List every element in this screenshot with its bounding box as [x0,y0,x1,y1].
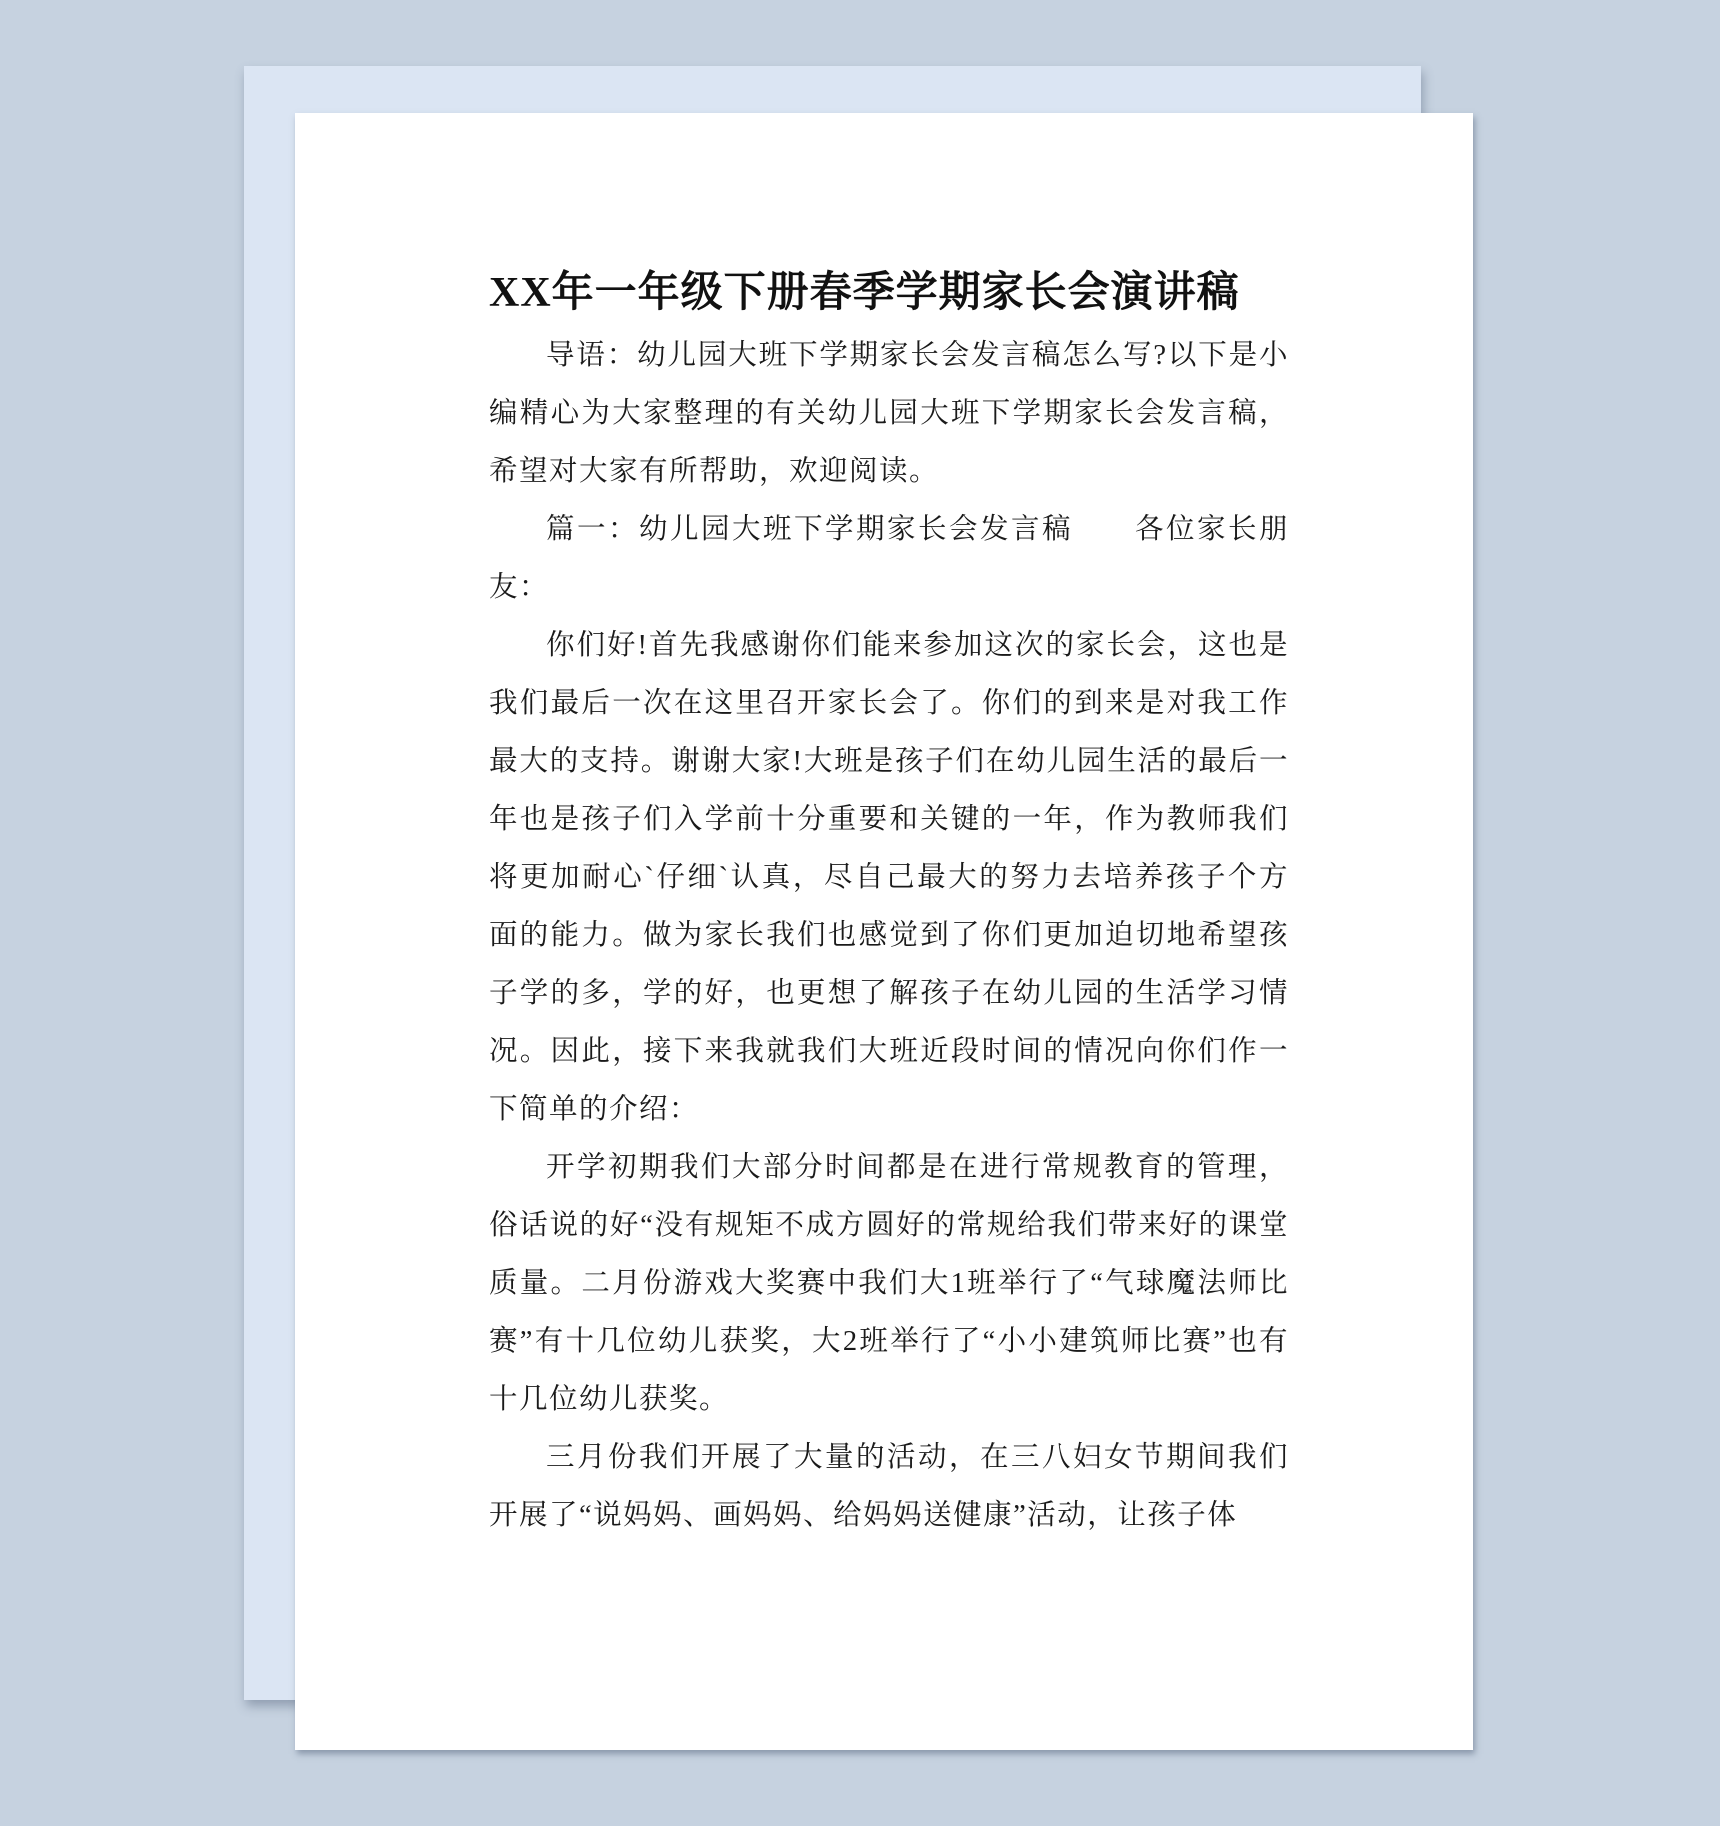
paragraph-intro: 导语：幼儿园大班下学期家长会发言稿怎么写?以下是小编精心为大家整理的有关幼儿园大… [489,327,1289,501]
paragraph-march-activities: 三月份我们开展了大量的活动，在三八妇女节期间我们开展了“说妈妈、画妈妈、给妈妈送… [489,1429,1289,1545]
paragraph-semester-start: 开学初期我们大部分时间都是在进行常规教育的管理，俗话说的好“没有规矩不成方圆好的… [489,1139,1289,1429]
document-title: XX年一年级下册春季学期家长会演讲稿 [489,265,1289,321]
paragraph-section-heading: 篇一：幼儿园大班下学期家长会发言稿 各位家长朋友： [489,501,1289,617]
paragraph-greeting: 你们好!首先我感谢你们能来参加这次的家长会，这也是我们最后一次在这里召开家长会了… [489,617,1289,1139]
front-page-sheet: XX年一年级下册春季学期家长会演讲稿 导语：幼儿园大班下学期家长会发言稿怎么写?… [295,113,1473,1750]
document-content: XX年一年级下册春季学期家长会演讲稿 导语：幼儿园大班下学期家长会发言稿怎么写?… [489,265,1289,1545]
